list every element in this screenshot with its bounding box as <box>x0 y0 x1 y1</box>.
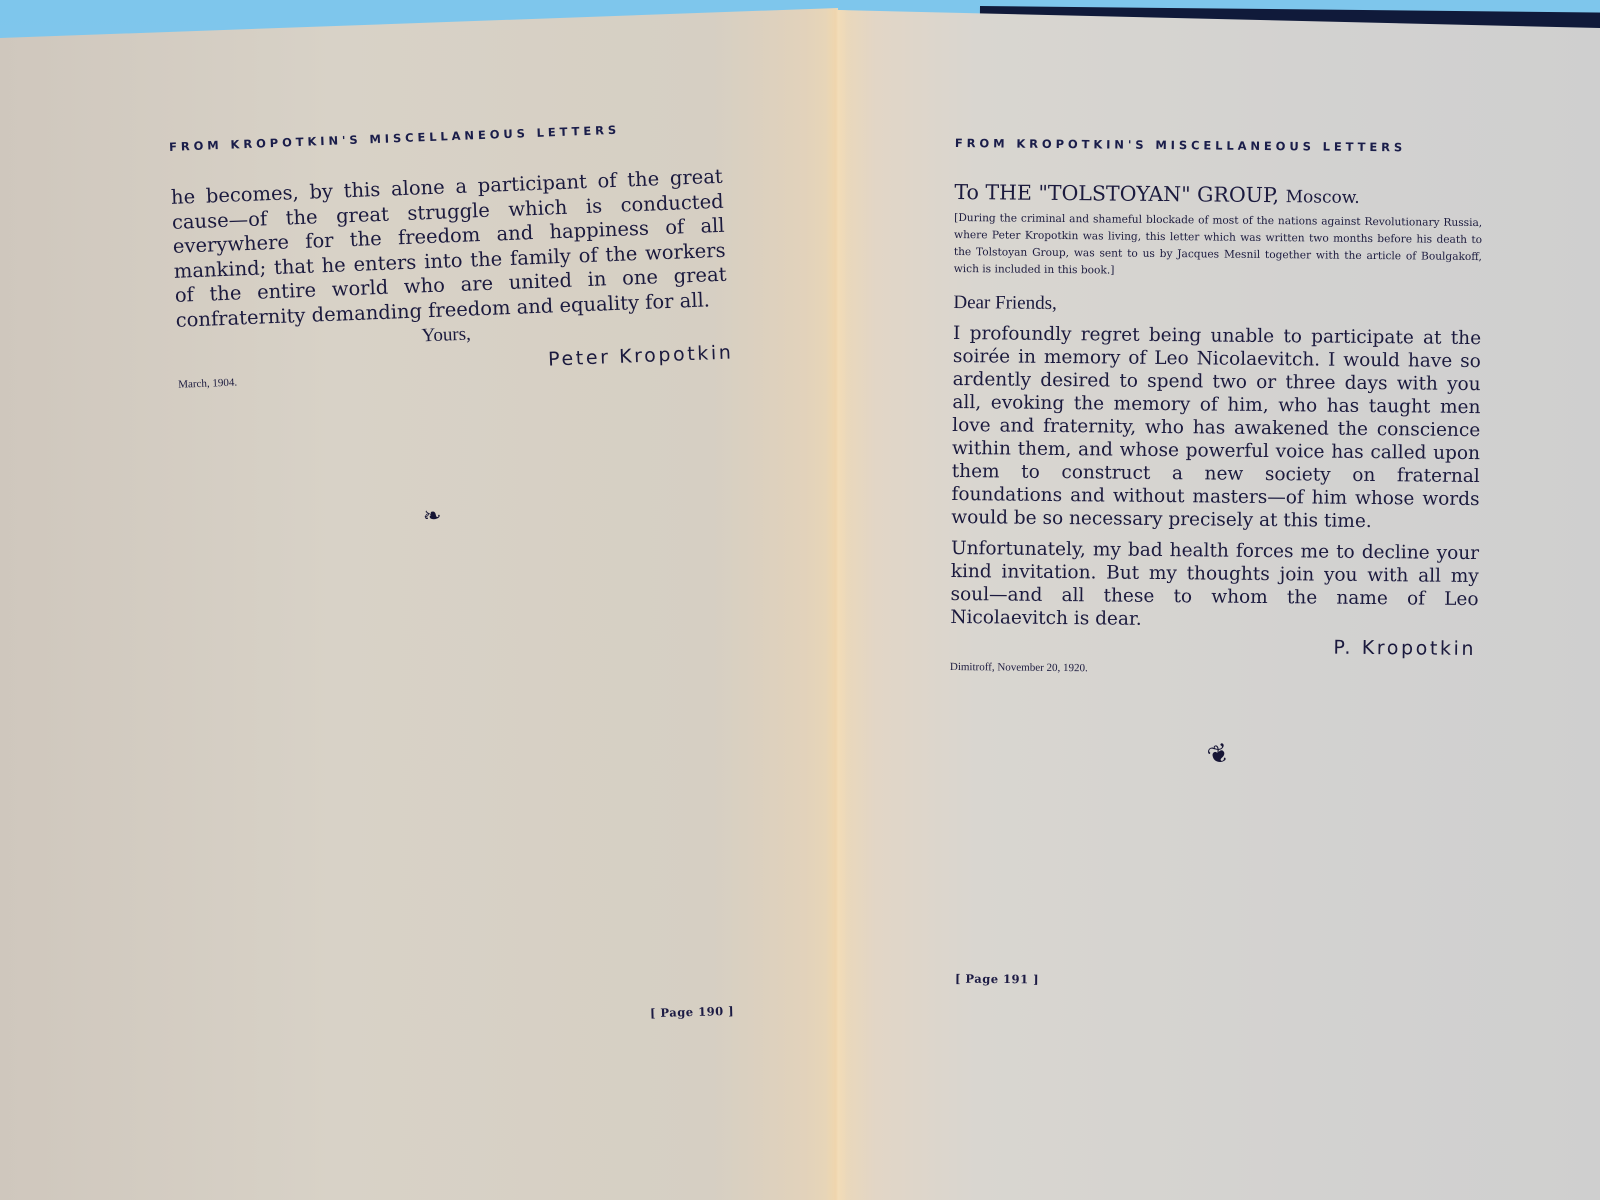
page-number: [ Page 191 ] <box>955 972 1039 987</box>
book-spine <box>826 10 848 1200</box>
letter-title-place: Moscow. <box>1286 187 1360 208</box>
fleuron-ornament-icon: ❧ <box>423 503 441 529</box>
letter-body: he becomes, by this alone a participant … <box>171 165 728 333</box>
page-number: [ Page 190 ] <box>650 1004 734 1020</box>
letter-body: I profoundly regret being unable to part… <box>950 322 1481 634</box>
letter-salutation: Dear Friends, <box>953 292 1483 319</box>
right-page-content: FROM KROPOTKIN'S MISCELLANEOUS LETTERS T… <box>950 136 1485 678</box>
letter-title: To THE "TOLSTOYAN" GROUP, Moscow. <box>954 180 1484 209</box>
letter-paragraph: I profoundly regret being unable to part… <box>951 322 1481 534</box>
editor-note: [During the criminal and shameful blocka… <box>954 210 1483 283</box>
photo-background: FROM KROPOTKIN'S MISCELLANEOUS LETTERS h… <box>0 0 1600 1200</box>
letter-paragraph: Unfortunately, my bad health forces me t… <box>950 537 1479 634</box>
left-page-content: FROM KROPOTKIN'S MISCELLANEOUS LETTERS h… <box>168 97 738 391</box>
letter-signature: P. Kropotkin <box>950 633 1480 660</box>
letter-title-recipient: To THE "TOLSTOYAN" GROUP, <box>954 180 1285 207</box>
